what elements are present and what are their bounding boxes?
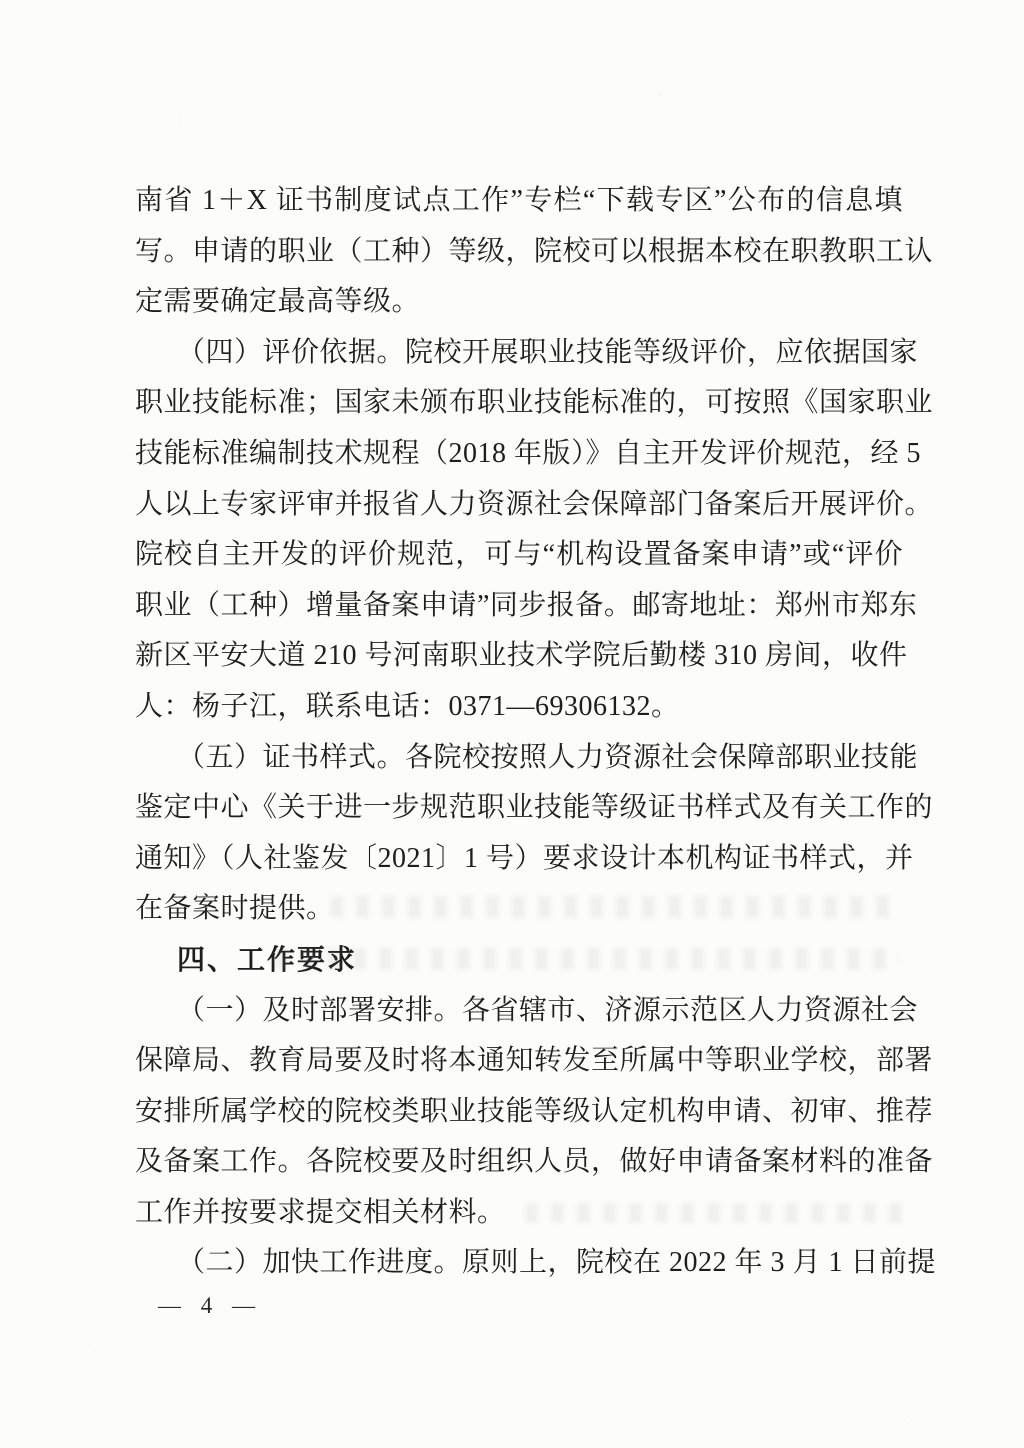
- text-line: 及备案工作。各院校要及时组织人员，做好申请备案材料的准备: [135, 1137, 903, 1188]
- text-line: 新区平安大道 210 号河南职业技术学院后勤楼 310 房间，收件: [135, 631, 903, 682]
- text-line: 工作并按要求提交相关材料。: [135, 1188, 903, 1239]
- text-line: 职业技能标准；国家未颁布职业技能标准的，可按照《国家职业: [135, 378, 903, 429]
- text-line: 人：杨子江，联系电话：0371—69306132。: [135, 682, 903, 733]
- scanned-document-page: 南省 1＋X 证书制度试点工作”专栏“下载专区”公布的信息填 写。申请的职业（工…: [0, 0, 1024, 1448]
- text-line: 技能标准编制技术规程（2018 年版）》自主开发评价规范，经 5: [135, 429, 903, 480]
- text-line: 院校自主开发的评价规范，可与“机构设置备案申请”或“评价: [135, 530, 903, 581]
- text-line: 人以上专家评审并报省人力资源社会保障部门备案后开展评价。: [135, 480, 903, 531]
- text-line: 保障局、教育局要及时将本通知转发至所属中等职业学校，部署: [135, 1036, 903, 1087]
- text-line: 通知》（人社鉴发〔2021〕1 号）要求设计本机构证书样式，并: [135, 834, 903, 885]
- section-heading: 四、工作要求: [135, 935, 903, 986]
- text-line: 定需要确定最高等级。: [135, 277, 903, 328]
- paragraph-start: （五）证书样式。各院校按照人力资源社会保障部职业技能: [135, 733, 903, 784]
- text-line: 南省 1＋X 证书制度试点工作”专栏“下载专区”公布的信息填: [135, 176, 903, 227]
- text-line: 在备案时提供。: [135, 884, 903, 935]
- text-line: 写。申请的职业（工种）等级，院校可以根据本校在职教职工认: [135, 227, 903, 278]
- paragraph-start: （一）及时部署安排。各省辖市、济源示范区人力资源社会: [135, 986, 903, 1037]
- text-line: 安排所属学校的院校类职业技能等级认定机构申请、初审、推荐: [135, 1087, 903, 1138]
- paragraph-start: （四）评价依据。院校开展职业技能等级评价，应依据国家: [135, 328, 903, 379]
- text-line: 鉴定中心《关于进一步规范职业技能等级证书样式及有关工作的: [135, 783, 903, 834]
- text-line: 职业（工种）增量备案申请”同步报备。邮寄地址：郑州市郑东: [135, 581, 903, 632]
- document-body: 南省 1＋X 证书制度试点工作”专栏“下载专区”公布的信息填 写。申请的职业（工…: [135, 176, 903, 1289]
- paragraph-start: （二）加快工作进度。原则上，院校在 2022 年 3 月 1 日前提: [135, 1238, 903, 1289]
- page-number: — 4 —: [158, 1292, 257, 1320]
